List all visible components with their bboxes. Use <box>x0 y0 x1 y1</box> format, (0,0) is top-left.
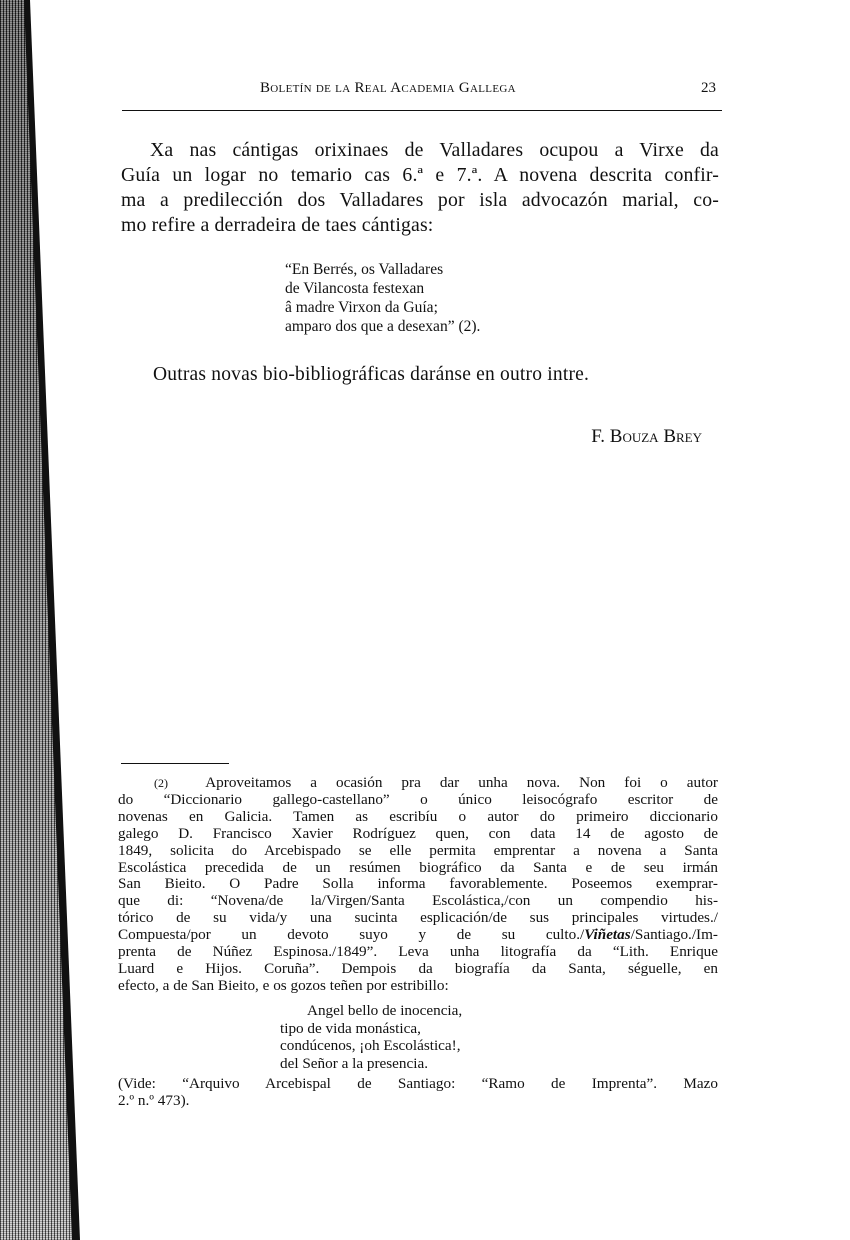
page-number: 23 <box>701 80 716 97</box>
footnote-marker: (2) <box>154 776 168 790</box>
body-paragraph: Xa nas cántigas orixinaes de Valladares … <box>121 138 719 238</box>
verse-line: amparo dos que a desexan” (2). <box>285 317 480 336</box>
footnote: (2) Aproveitamos a ocasión pra dar unha … <box>118 775 718 995</box>
verse-line: condúcenos, ¡oh Escolástica!, <box>280 1037 462 1055</box>
footnote-verse: Angel bello de inocencia, tipo de vida m… <box>280 1002 462 1072</box>
verse-line: de Vilancosta festexan <box>285 279 480 298</box>
running-head: Boletín de la Real Academia Gallega <box>260 80 516 97</box>
closing-sentence: Outras novas bio-bibliográficas daránse … <box>153 364 589 386</box>
footnote-line: galego D. Francisco Xavier Rodríguez que… <box>118 826 718 843</box>
footnote-line: que di: “Novena/de la/Virgen/Santa Escol… <box>118 893 718 910</box>
quoted-verse: “En Berrés, os Valladares de Vilancosta … <box>285 260 480 336</box>
footnote-line: (2) Aproveitamos a ocasión pra dar unha … <box>118 775 718 792</box>
text-line: Guía un logar no temario cas 6.ª e 7.ª. … <box>121 163 719 188</box>
author-signature: F. Bouza Brey <box>591 426 702 448</box>
footnote-line: Compuesta/por un devoto suyo y de su cul… <box>118 927 718 944</box>
verse-line: del Señor a la presencia. <box>280 1055 462 1073</box>
footnote-line: Escolástica precedida de un resúmen biog… <box>118 860 718 877</box>
verse-line: tipo de vida monástica, <box>280 1020 462 1038</box>
text-line: Xa nas cántigas orixinaes de Valladares … <box>121 138 719 163</box>
text-line: ma a predilección dos Valladares por isl… <box>121 188 719 213</box>
footnote-source: (Vide: “Arquivo Arcebispal de Santiago: … <box>118 1076 718 1109</box>
page-header: Boletín de la Real Academia Gallega 23 <box>122 76 722 111</box>
footnote-line: San Bieito. O Padre Solla informa favora… <box>118 876 718 893</box>
footnote-line: tórico de su vida/y una sucinta esplicac… <box>118 910 718 927</box>
footnote-divider <box>121 763 229 764</box>
text-line: mo refire a derradeira de taes cántigas: <box>121 213 719 238</box>
footnote-line: Luard e Hijos. Coruña”. Dempois da biogr… <box>118 961 718 978</box>
verse-line: â madre Virxon da Guía; <box>285 298 480 317</box>
verse-line: “En Berrés, os Valladares <box>285 260 480 279</box>
footnote-line: efecto, a de San Bieito, e os gozos teñe… <box>118 978 718 995</box>
footnote-line: novenas en Galicia. Tamen as escribíu o … <box>118 809 718 826</box>
source-line: 2.º n.º 473). <box>118 1093 718 1110</box>
footnote-line: prenta de Núñez Espinosa./1849”. Leva un… <box>118 944 718 961</box>
source-line: (Vide: “Arquivo Arcebispal de Santiago: … <box>118 1076 718 1093</box>
footnote-line: 1849, solicita do Arcebispado se elle pe… <box>118 843 718 860</box>
verse-line: Angel bello de inocencia, <box>280 1002 462 1020</box>
italic-title: Viñetas <box>584 926 630 943</box>
footnote-line: do “Diccionario gallego-castellano” o ún… <box>118 792 718 809</box>
